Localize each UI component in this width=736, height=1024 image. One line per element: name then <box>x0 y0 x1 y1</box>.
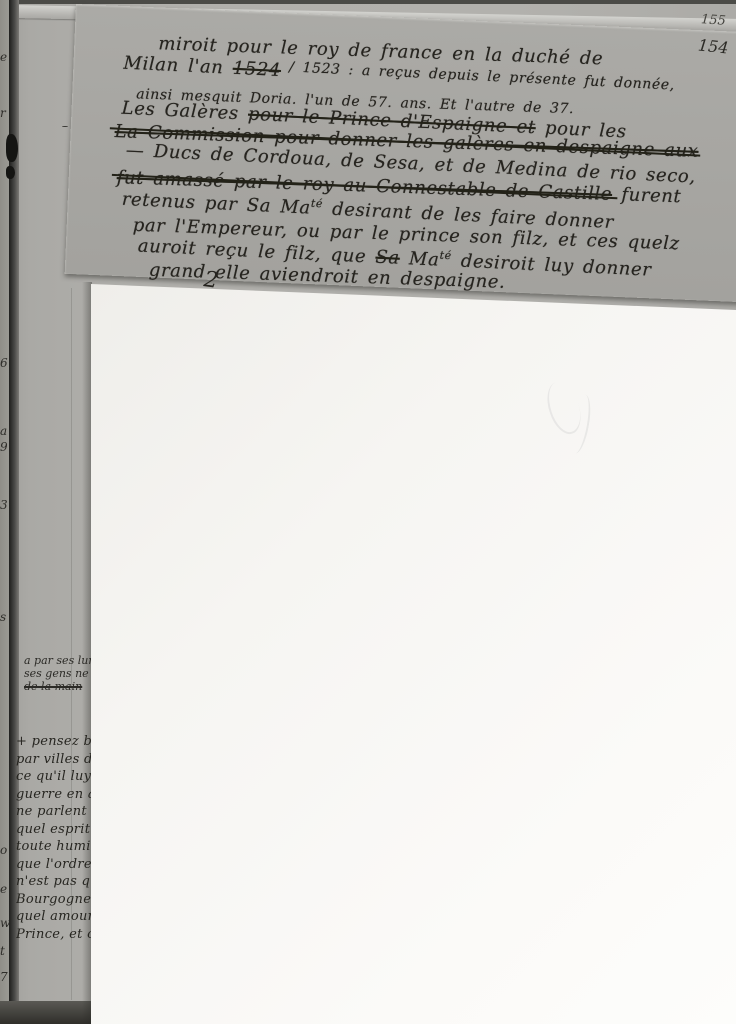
edge-fragment: o <box>0 843 7 857</box>
edge-fragment: s <box>0 610 6 624</box>
edge-fragment: 9 <box>0 440 8 454</box>
page-number-behind: 155 <box>701 12 727 29</box>
edge-fragment: a <box>0 424 7 438</box>
handwritten-text: furent <box>612 184 682 207</box>
paper-top-edge <box>0 0 736 4</box>
paper-speck <box>62 126 68 127</box>
ink-blot <box>6 134 18 162</box>
cover-sheet-shadow <box>82 282 92 1024</box>
handwritten-text: té <box>439 249 452 263</box>
edge-fragment: 7 <box>0 970 8 984</box>
manuscript-scan: e r 6 a 9 3 s o e w t 7 miroit pour le r… <box>0 0 736 1024</box>
edge-fragment: e <box>0 882 7 896</box>
ink-blot <box>6 166 15 179</box>
edge-fragment: t <box>0 944 5 958</box>
white-cover-sheet <box>91 276 736 1024</box>
page-number: 154 <box>697 35 729 57</box>
pasted-note-slip: miroit pour le roy de france en la duché… <box>65 4 736 304</box>
handwritten-text: té <box>311 197 324 211</box>
handwritten-text: Milan l'an <box>123 53 233 79</box>
struck-text: Sa <box>375 247 400 269</box>
edge-fragment: 6 <box>0 356 8 370</box>
struck-text: 1524 <box>232 58 281 81</box>
edge-fragment: r <box>0 106 6 120</box>
handwritten-text: Ma <box>399 248 440 271</box>
edge-fragment: e <box>0 50 7 64</box>
edge-fragment: 3 <box>0 498 8 512</box>
